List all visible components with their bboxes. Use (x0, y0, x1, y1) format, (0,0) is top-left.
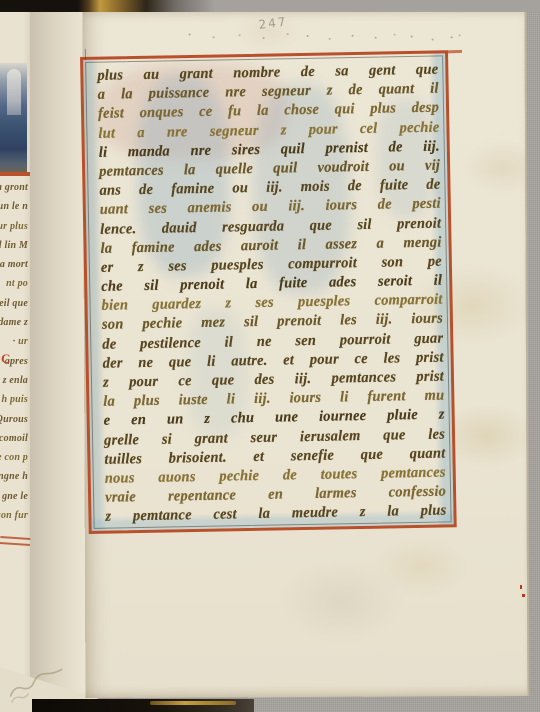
facing-text-fragment: h puis (0, 390, 29, 409)
facing-text-fragment: gne le (0, 487, 29, 506)
facing-text-fragment: ril lin M (0, 236, 29, 255)
miniature-red-border (0, 172, 30, 176)
facing-text-fragment: hun le n (0, 197, 29, 216)
book-edge-top (0, 0, 540, 12)
facing-text-fragment: dame z (0, 313, 29, 332)
facing-text-fragment: a gront (0, 178, 29, 197)
facing-text-fragment: ur plus (0, 217, 29, 236)
facing-text-fragment: Qurous (0, 410, 29, 429)
facing-text-fragment: la mort (0, 255, 29, 274)
book-edge-bottom (32, 699, 254, 712)
frame-hairline (85, 55, 451, 528)
rubric-line (0, 536, 30, 540)
photograph: a gronthun le nur plusril lin Mla mortnt… (0, 0, 540, 712)
facing-page-edge: a gronthun le nur plusril lin Mla mortnt… (0, 11, 30, 677)
manuscript-page: 247 plus au grant nombre de sa gent quea… (83, 10, 530, 698)
facing-text-fragment: eil que (0, 294, 29, 313)
red-paint-speck (522, 594, 525, 597)
facing-text-fragment: de con p (0, 448, 29, 467)
facing-text-fragment: son fur (0, 506, 29, 525)
page-gutter (28, 11, 88, 699)
frame-overshoot-stroke (444, 49, 462, 53)
pricking-dots (189, 34, 191, 36)
rubric-line (0, 542, 30, 546)
facing-text-fragment: comoil (0, 429, 29, 448)
folio-number: 247 (258, 14, 288, 32)
facing-text-fragment: nt po (0, 274, 29, 293)
facing-text-fragment: ngne h (0, 467, 29, 486)
frame-hairline-overshoot (85, 49, 86, 60)
facing-text-fragment: ur · (0, 332, 29, 351)
red-initial: C (1, 351, 10, 367)
facing-text-fragment: z enla (0, 371, 29, 390)
miniature-fragment (0, 63, 27, 173)
text-frame-border: plus au grant nombre de sa gent quea la … (80, 50, 457, 534)
gilt-edge-glint (150, 701, 236, 705)
red-paint-speck (520, 585, 522, 589)
facing-page-rubric-lines (0, 536, 30, 550)
miniature-arch-shape (7, 69, 21, 115)
